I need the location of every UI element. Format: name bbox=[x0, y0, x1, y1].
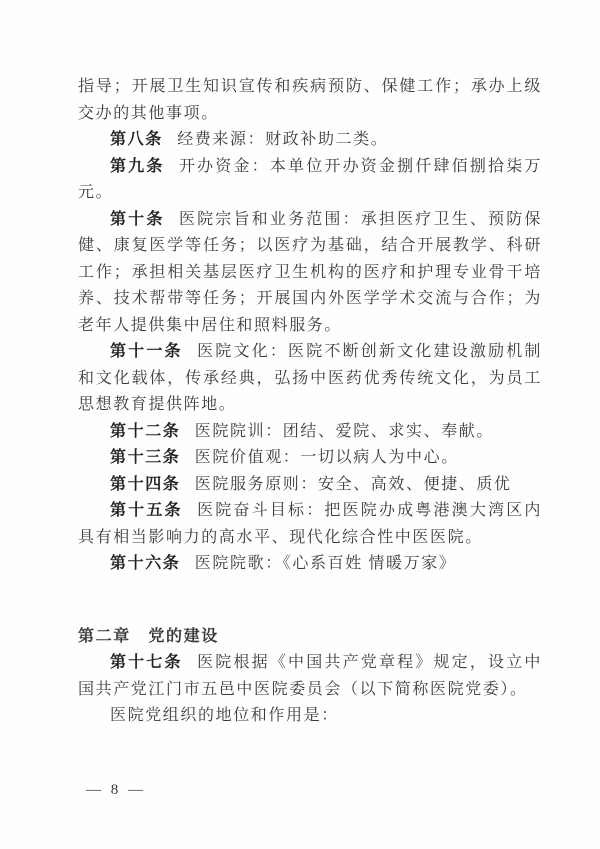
article-14: 第十四条医院服务原则：安全、高效、便捷、质优 bbox=[78, 472, 542, 499]
article-11-number: 第十一条 bbox=[110, 343, 183, 360]
article-13-text: 医院价值观：一切以病人为中心。 bbox=[195, 449, 459, 466]
paragraph-continuation: 指导；开展卫生知识宣传和疾病预防、保健工作；承办上级交办的其他事项。 bbox=[78, 74, 542, 127]
article-11: 第十一条医院文化：医院不断创新文化建设激励机制和文化载体，传承经典，弘扬中医药优… bbox=[78, 339, 542, 419]
article-16-number: 第十六条 bbox=[110, 555, 180, 572]
article-10-number: 第十条 bbox=[110, 211, 165, 228]
article-12-number: 第十二条 bbox=[110, 423, 180, 440]
article-17: 第十七条医院根据《中国共产党章程》规定，设立中国共产党江门市五邑中医院委员会（以… bbox=[78, 650, 542, 703]
article-10-text: 医院宗旨和业务范围：承担医疗卫生、预防保健、康复医学等任务；以医疗为基础，结合开… bbox=[78, 211, 542, 334]
chapter-2-heading: 第二章 党的建设 bbox=[78, 624, 542, 651]
article-16-text: 医院院歌：《心系百姓 情暖万家》 bbox=[195, 555, 457, 572]
article-13: 第十三条医院价值观：一切以病人为中心。 bbox=[78, 445, 542, 472]
article-15: 第十五条医院奋斗目标：把医院办成粤港澳大湾区内具有相当影响力的高水平、现代化综合… bbox=[78, 498, 542, 551]
article-13-number: 第十三条 bbox=[110, 449, 180, 466]
article-14-text: 医院服务原则：安全、高效、便捷、质优 bbox=[195, 476, 512, 493]
article-15-number: 第十五条 bbox=[110, 502, 183, 519]
article-12: 第十二条医院院训：团结、爱院、求实、奉献。 bbox=[78, 419, 542, 446]
document-body: 指导；开展卫生知识宣传和疾病预防、保健工作；承办上级交办的其他事项。 第八条经费… bbox=[78, 74, 542, 730]
article-10: 第十条医院宗旨和业务范围：承担医疗卫生、预防保健、康复医学等任务；以医疗为基础，… bbox=[78, 207, 542, 340]
article-12-text: 医院院训：团结、爱院、求实、奉献。 bbox=[195, 423, 494, 440]
article-8-text: 经费来源：财政补助二类。 bbox=[177, 131, 388, 148]
article-9: 第九条开办资金：本单位开办资金捌仟肆佰捌拾柒万元。 bbox=[78, 154, 542, 207]
article-9-number: 第九条 bbox=[110, 158, 165, 175]
article-17-number: 第十七条 bbox=[110, 654, 183, 671]
paragraph-party-role-lead: 医院党组织的地位和作用是： bbox=[78, 703, 542, 730]
page-number: — 8 — bbox=[86, 782, 146, 799]
article-8: 第八条经费来源：财政补助二类。 bbox=[78, 127, 542, 154]
article-16: 第十六条医院院歌：《心系百姓 情暖万家》 bbox=[78, 551, 542, 578]
article-8-number: 第八条 bbox=[110, 131, 163, 148]
document-page: 指导；开展卫生知识宣传和疾病预防、保健工作；承办上级交办的其他事项。 第八条经费… bbox=[0, 0, 600, 849]
article-14-number: 第十四条 bbox=[110, 476, 180, 493]
